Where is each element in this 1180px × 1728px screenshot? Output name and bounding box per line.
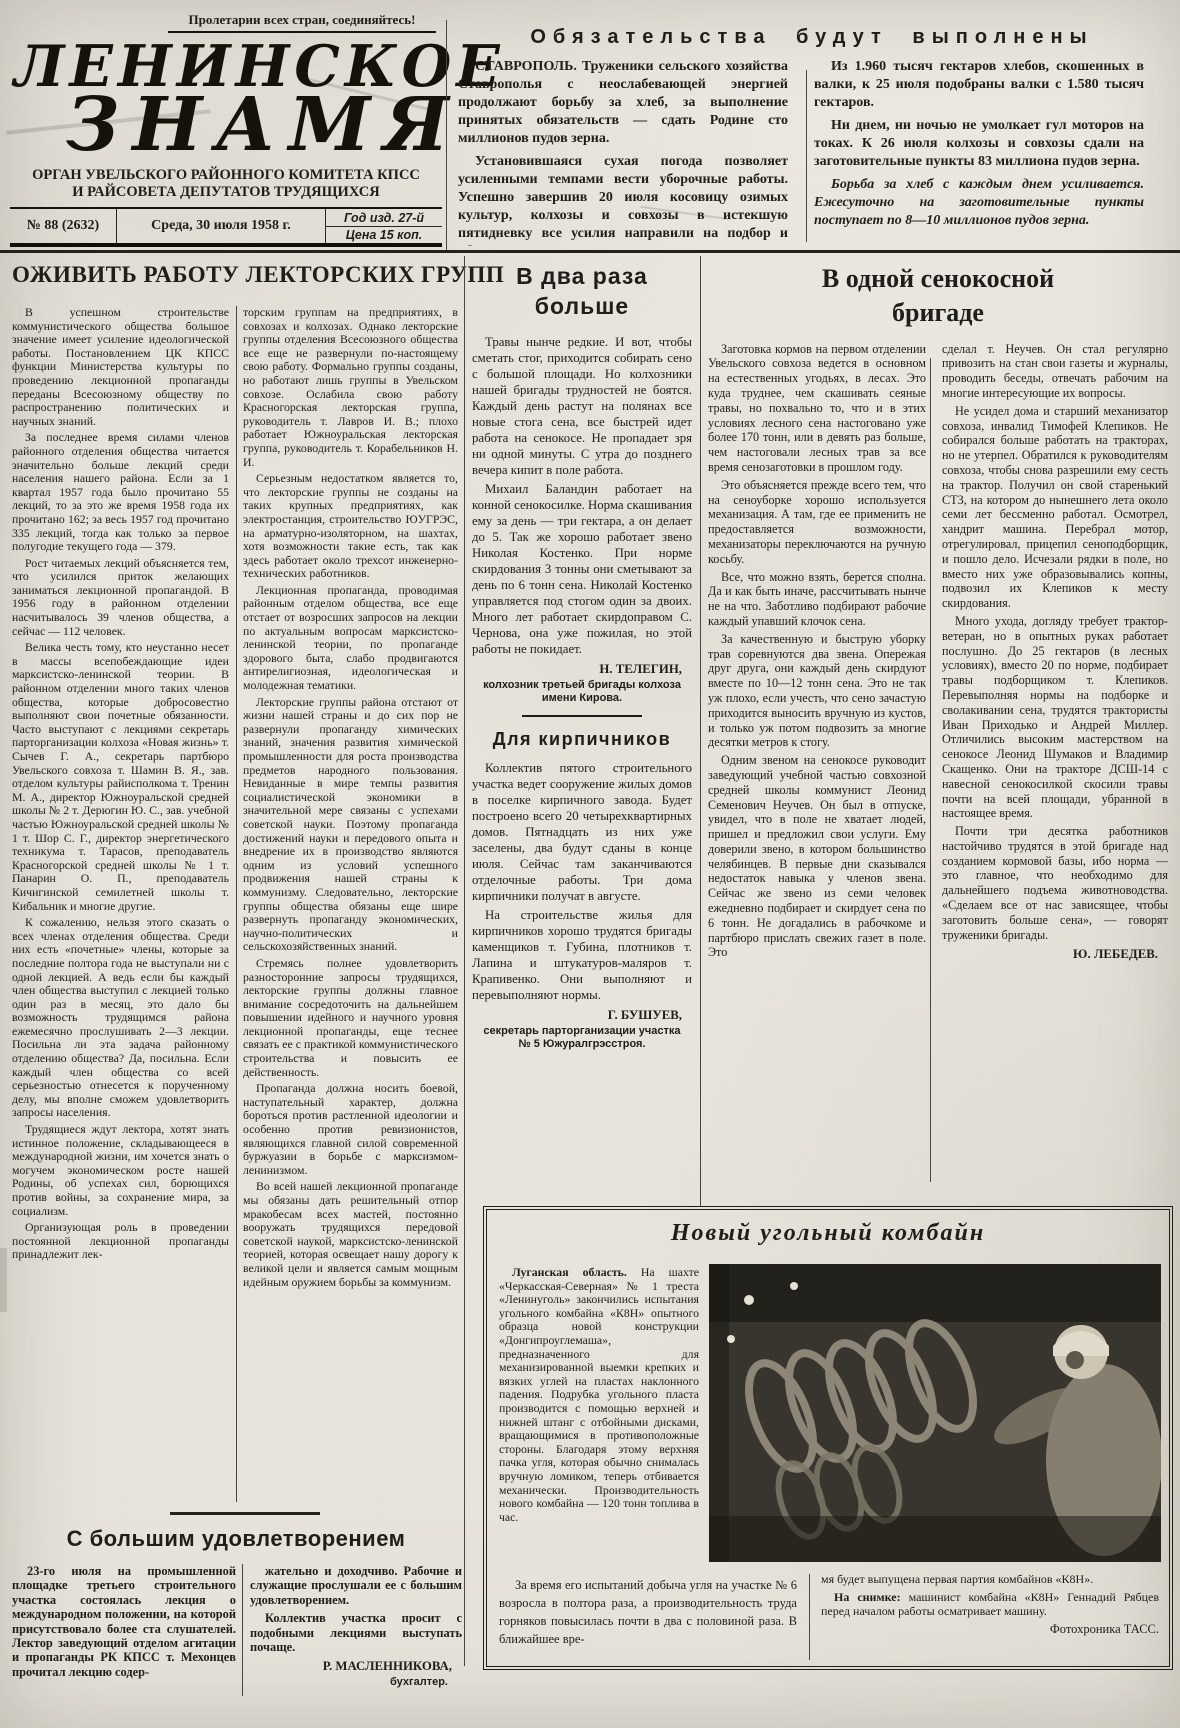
combine-headline: Новый угольный комбайн [487,1220,1169,1247]
brigade-column-1: Заготовка кормов на первом отделении Уве… [708,342,926,1170]
lead-headline: Обязательства будут выполнены [458,26,1166,49]
brigade-columns: Заготовка кормов на первом отделении Уве… [708,342,1168,1170]
column-3: В два раза больше Травы нынче редкие. И … [472,262,692,1051]
hay-signature-name: Н. ТЕЛЕГИН, [472,662,682,677]
lecture-headline: ОЖИВИТЬ РАБОТУ ЛЕКТОРСКИХ ГРУПП [12,262,448,288]
miner-photo-illustration [709,1264,1161,1562]
masthead-slogan: Пролетарии всех стран, соединяйтесь! [168,12,436,33]
lead-column-2-italic: Борьба за хлеб с каждым днем усиливается… [814,176,1144,230]
column-rule [700,256,701,1206]
combine-article: Новый угольный комбайн Луганская область… [483,1206,1173,1670]
bricks-headline: Для кирпичников [472,729,692,750]
lead-column-2-paragraphs: Из 1.960 тысяч гектаров хлебов, скошенны… [814,58,1144,171]
issue-bar: № 88 (2632) Среда, 30 июля 1958 г. Год и… [10,207,442,247]
scan-smudge [0,1248,7,1312]
issue-date: Среда, 30 июля 1958 г. [117,209,325,243]
satisfaction-signature-name: Р. МАСЛЕННИКОВА, [250,1659,452,1673]
lecture-column-2: торским группам на предприятиях, в совхо… [243,306,458,1502]
issue-number: № 88 (2632) [10,209,117,243]
brigade-column-2: сделал т. Неучев. Он стал регулярно прив… [942,342,1168,1170]
lead-column-1: СТАВРОПОЛЬ. Труженики сельского хозяйств… [458,58,788,246]
edition-year: Год изд. 27-й [326,210,442,227]
organ-line-1: ОРГАН УВЕЛЬСКОГО РАЙОННОГО КОМИТЕТА КПСС [10,167,442,184]
bricks-body: Коллектив пятого строительного участка в… [472,760,692,1003]
brigade-article: В одной сенокосной бригаде Заготовка кор… [708,262,1168,1170]
organ-line-2: И РАЙСОВЕТА ДЕПУТАТОВ ТРУДЯЩИХСЯ [10,184,442,201]
section-divider [522,715,642,717]
section-rule [0,250,1180,253]
hay-headline-line2: больше [472,292,692,322]
combine-main-text: Луганская область. На шахте «Черкасская-… [499,1266,699,1568]
hay-headline-line1: В два раза [472,262,692,292]
brigade-signature: Ю. ЛЕБЕДЕВ. [942,947,1158,962]
masthead: Пролетарии всех стран, соединяйтесь! ЛЕН… [10,12,442,247]
combine-bottom-column-1: За время его испытаний добыча угля на уч… [499,1576,797,1662]
column-rule [806,70,807,242]
hay-signature-role: колхозник третьей бригады колхоза имени … [472,679,692,705]
combine-photo [709,1264,1161,1562]
issue-price: Цена 15 коп. [326,227,442,243]
combine-bottom-column-2-paragraphs: мя будет выпущена первая партия комбайно… [821,1572,1159,1619]
newspaper-page: Пролетарии всех стран, соединяйтесь! ЛЕН… [0,0,1180,1728]
brigade-headline-line2: бригаде [708,296,1168,330]
lead-column-2: Из 1.960 тысяч гектаров хлебов, скошенны… [814,58,1144,246]
column-rule [242,1564,243,1696]
lead-columns: СТАВРОПОЛЬ. Труженики сельского хозяйств… [458,58,1166,246]
hay-headline: В два раза больше [472,262,692,322]
lecture-column-1: В успешном строительстве коммунистическо… [12,306,229,1502]
issue-meta: Год изд. 27-й Цена 15 коп. [325,209,442,243]
column-rule [446,20,447,250]
satisfaction-column-2-paragraphs: жательно и доходчиво. Рабочие и служащие… [250,1564,462,1654]
brigade-headline: В одной сенокосной бригаде [708,262,1168,330]
brigade-column-2-paragraphs: сделал т. Неучев. Он стал регулярно прив… [942,342,1168,943]
section-divider [170,1512,320,1515]
brigade-headline-line1: В одной сенокосной [708,262,1168,296]
satisfaction-column-1: 23-го июля на промышленной площадке трет… [12,1564,236,1712]
masthead-organ-statement: ОРГАН УВЕЛЬСКОГО РАЙОННОГО КОМИТЕТА КПСС… [10,167,442,201]
satisfaction-signature-role: бухгалтер. [250,1676,462,1689]
column-rule [930,358,931,1182]
hay-body: Травы нынче редкие. И вот, чтобы сметать… [472,334,692,657]
combine-bottom-column-2: мя будет выпущена первая партия комбайно… [821,1572,1159,1664]
column-rule [236,306,237,1502]
column-rule [809,1574,810,1660]
satisfaction-headline: С большим удовлетворением [12,1526,460,1552]
column-rule [464,256,465,1666]
bricks-signature-name: Г. БУШУЕВ, [472,1008,682,1023]
photo-credit: Фотохроника ТАСС. [821,1622,1159,1637]
masthead-title-line2: ЗНАМЯ [10,91,442,159]
lead-article: Обязательства будут выполнены СТАВРОПОЛЬ… [458,26,1166,250]
bricks-signature-role: секретарь парторганизации участка № 5 Юж… [472,1025,692,1051]
satisfaction-column-2: жательно и доходчиво. Рабочие и служащие… [250,1564,462,1712]
